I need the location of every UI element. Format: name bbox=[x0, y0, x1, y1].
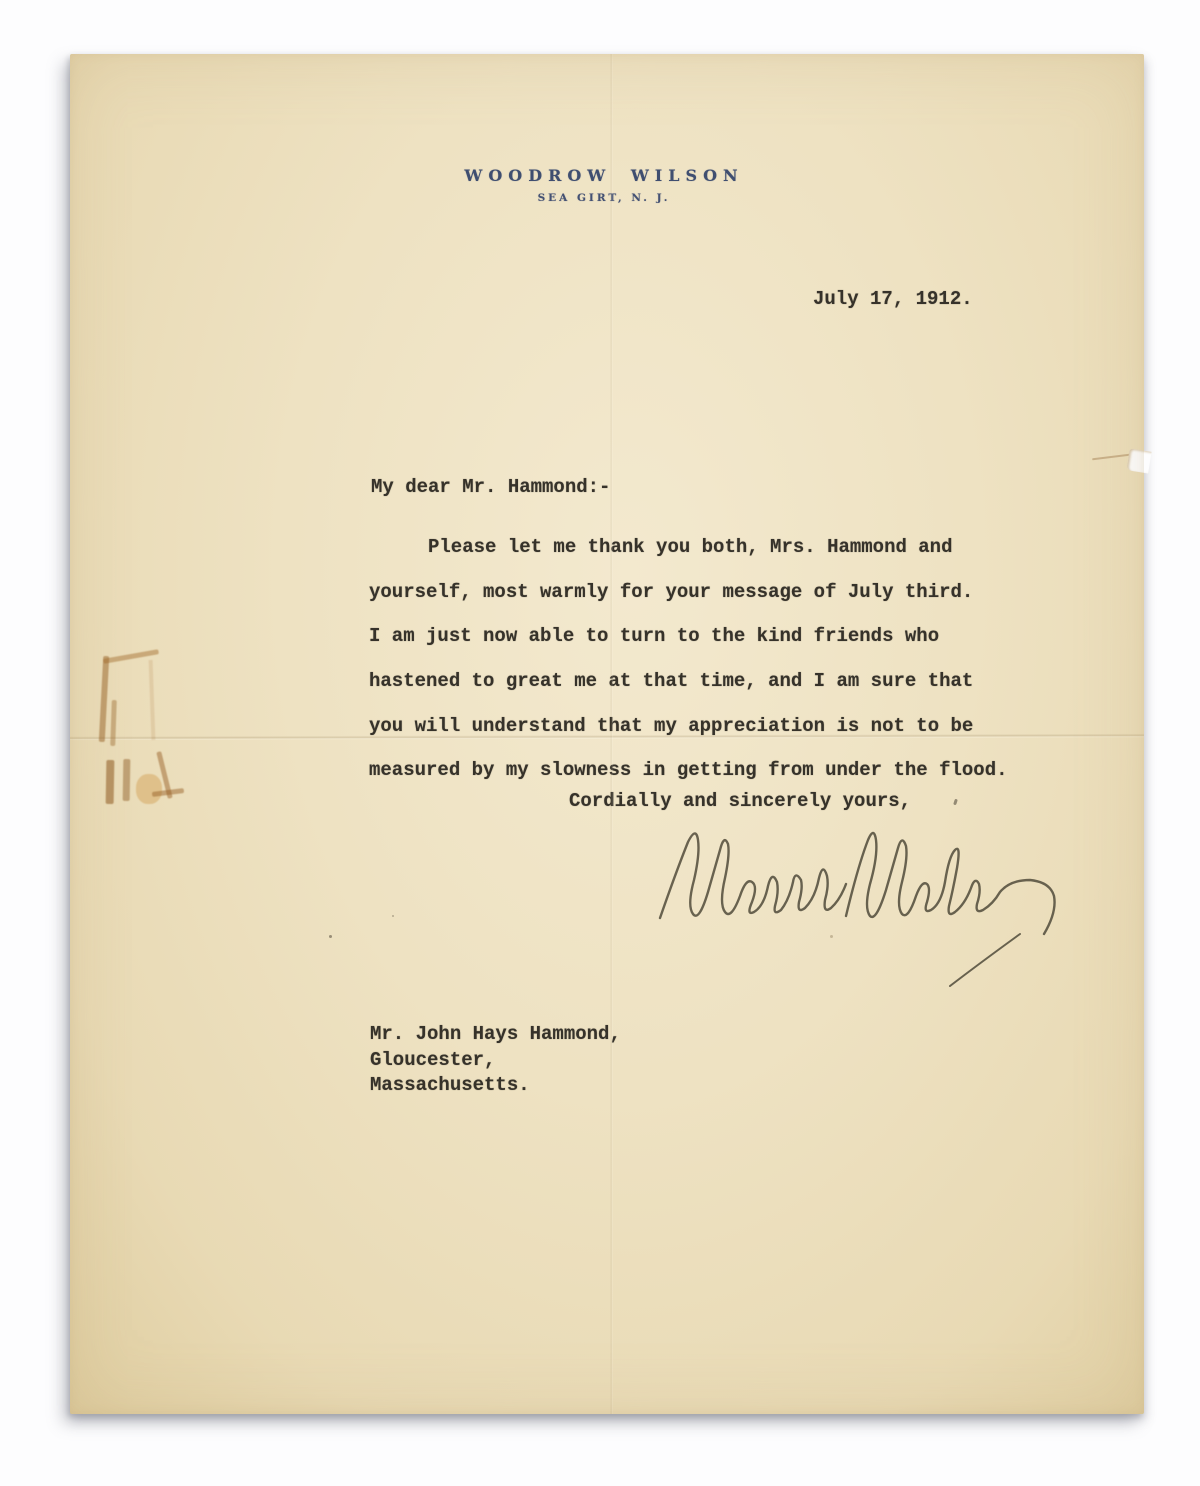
letterhead-location: SEA GIRT, N. J. bbox=[70, 192, 1138, 204]
body-line: hastened to great me at that time, and I… bbox=[369, 659, 1008, 704]
recipient-address: Mr. John Hays Hammond, Gloucester, Massa… bbox=[370, 1022, 621, 1099]
stain-streak bbox=[123, 759, 131, 801]
recipient-line: Mr. John Hays Hammond, bbox=[370, 1022, 621, 1048]
salutation-line: My dear Mr. Hammond:- bbox=[371, 476, 610, 498]
woodrow-wilson-signature bbox=[650, 822, 1070, 992]
body-line: Please let me thank you both, Mrs. Hammo… bbox=[369, 525, 1008, 570]
signature-ink-strokes bbox=[650, 822, 1070, 992]
stray-ink-mark bbox=[953, 799, 958, 806]
stain-streak bbox=[149, 660, 156, 740]
body-line: yourself, most warmly for your message o… bbox=[369, 570, 1008, 615]
letter-body: Please let me thank you both, Mrs. Hammo… bbox=[369, 525, 1008, 793]
body-line: I am just now able to turn to the kind f… bbox=[369, 614, 1008, 659]
letterhead-name: WOODROW WILSON bbox=[70, 166, 1138, 185]
letter-page: WOODROW WILSON SEA GIRT, N. J. July 17, … bbox=[70, 54, 1144, 1414]
body-line: you will understand that my appreciation… bbox=[369, 704, 1008, 749]
paper-speck bbox=[392, 915, 394, 917]
body-line: measured by my slowness in getting from … bbox=[369, 748, 1008, 793]
date-line: July 17, 1912. bbox=[813, 288, 973, 310]
stain-streak bbox=[110, 700, 117, 746]
stain-streak bbox=[106, 760, 115, 804]
edge-tear bbox=[1126, 448, 1151, 473]
closing-line: Cordially and sincerely yours, bbox=[569, 790, 911, 812]
scanned-letter: WOODROW WILSON SEA GIRT, N. J. July 17, … bbox=[0, 0, 1200, 1486]
recipient-line: Gloucester, bbox=[370, 1048, 621, 1074]
edge-crack-mark bbox=[1092, 454, 1130, 461]
recipient-line: Massachusetts. bbox=[370, 1073, 621, 1099]
stain-streak bbox=[99, 656, 109, 742]
stain-blob bbox=[136, 774, 162, 804]
paper-speck bbox=[830, 935, 833, 938]
paper-speck bbox=[329, 935, 332, 938]
